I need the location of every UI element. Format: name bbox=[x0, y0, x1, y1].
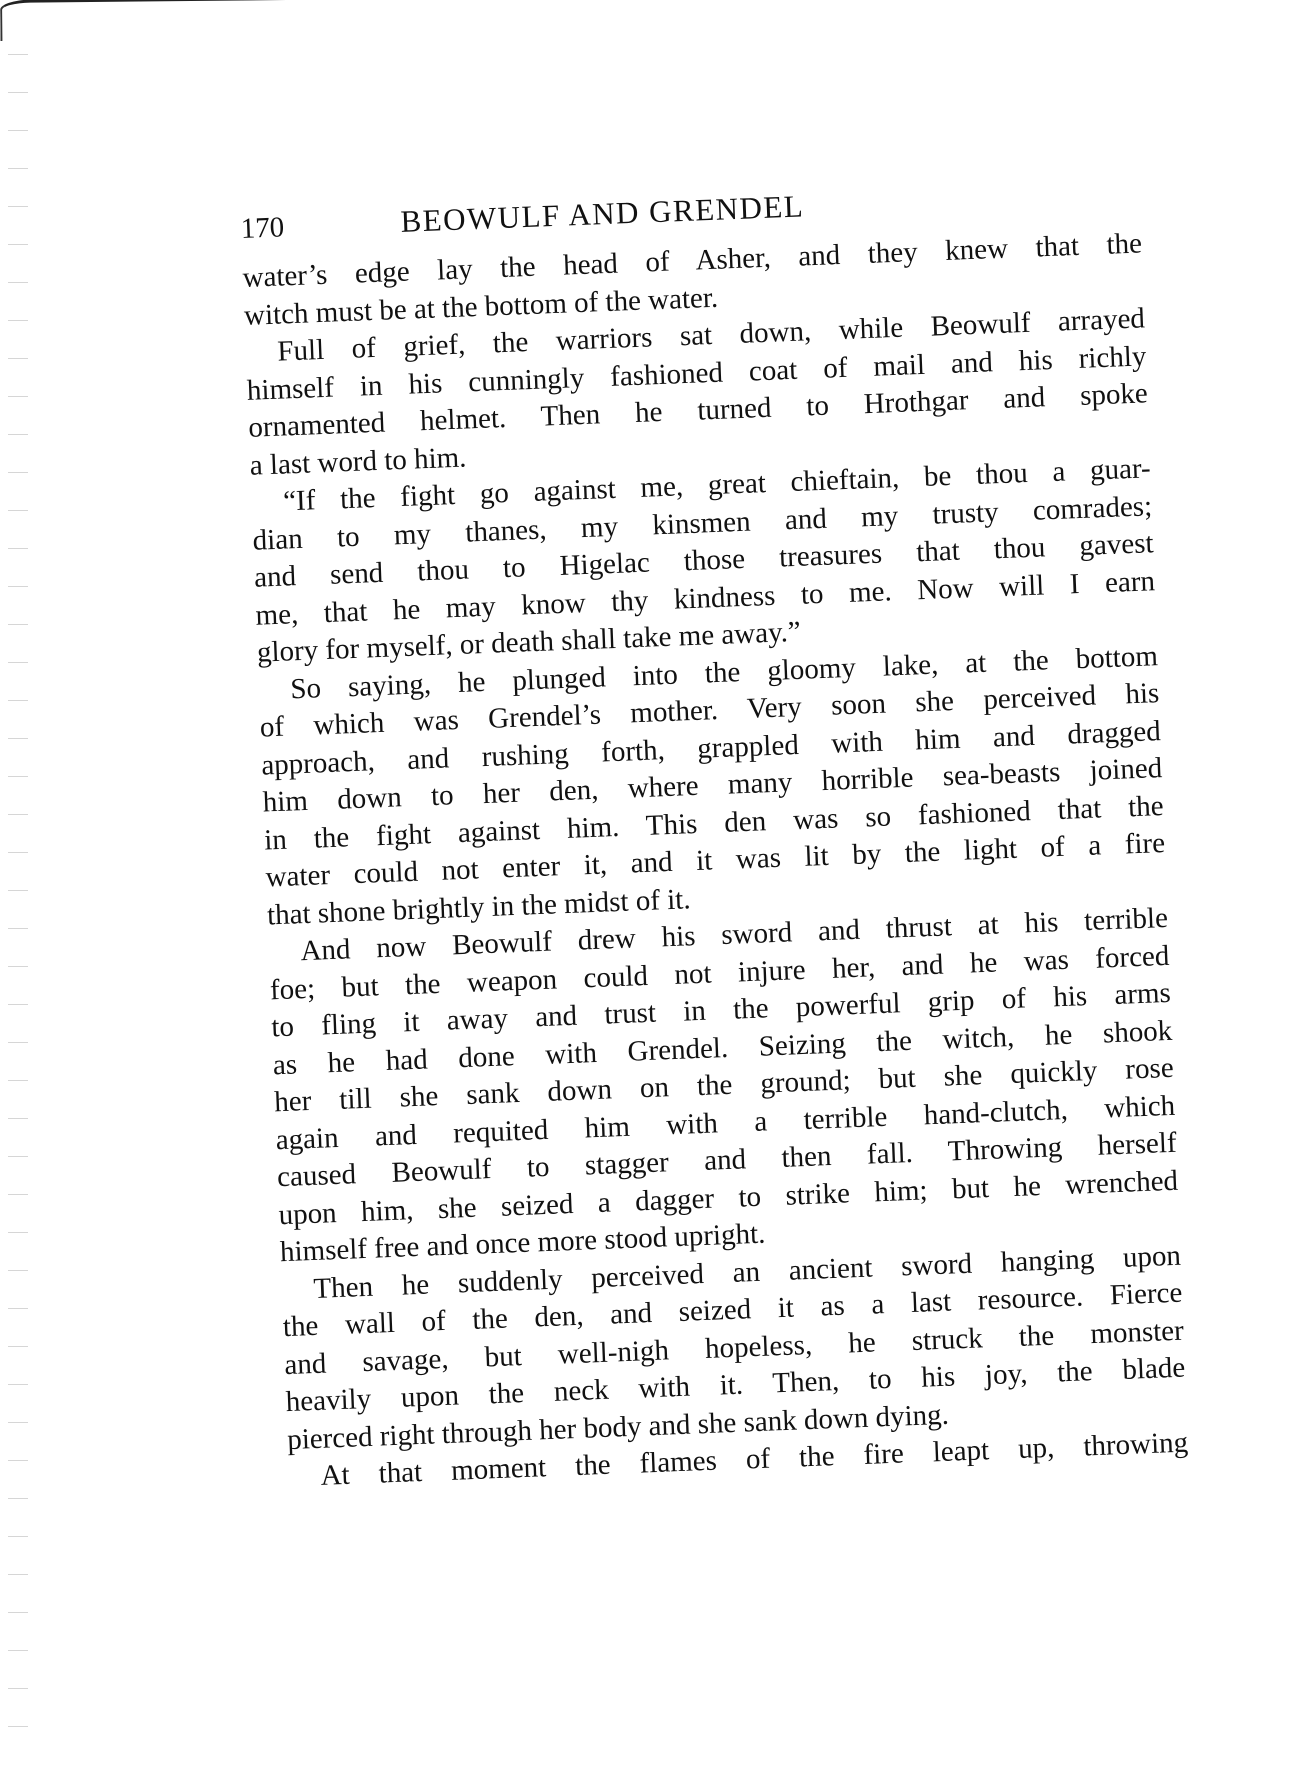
book-page: 170 BEOWULF AND GRENDEL water’s edge lay… bbox=[240, 175, 1189, 1496]
paragraph: “If the fight go against me, great chief… bbox=[251, 450, 1158, 672]
page-number: 170 bbox=[240, 207, 401, 246]
paragraph: So saying, he plunged into the gloomy la… bbox=[258, 638, 1167, 935]
scanned-page-edge bbox=[0, 0, 922, 41]
running-title: BEOWULF AND GRENDEL bbox=[400, 188, 805, 239]
scan-margin-artifacts bbox=[8, 40, 28, 1740]
paragraph: Then he suddenly perceived an ancient sw… bbox=[281, 1237, 1188, 1459]
body-text: water’s edge lay the head of Asher, and … bbox=[242, 225, 1189, 1496]
paragraph: And now Beowulf drew his sword and thrus… bbox=[268, 900, 1180, 1272]
